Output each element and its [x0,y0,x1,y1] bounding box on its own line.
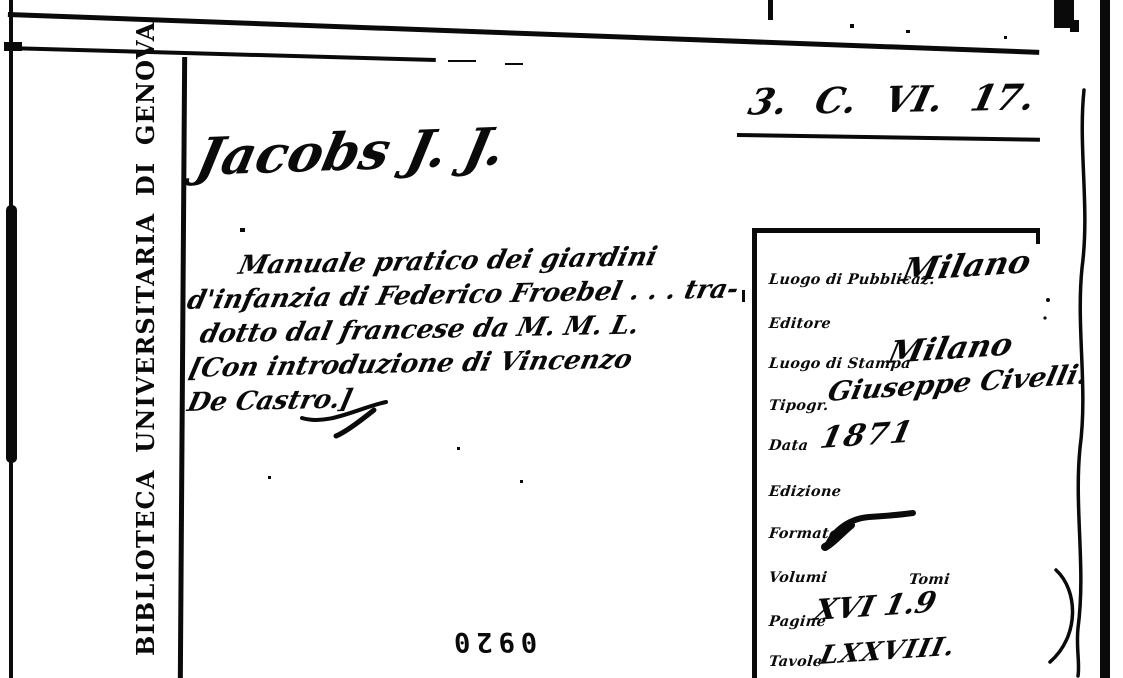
bibliographic-form-box: Luogo di Pubblicaz. Milano Editore Luogo… [752,228,1038,678]
stray-stroke [330,408,380,440]
field-label-data: Data [768,437,809,454]
shelfmark-underline [737,133,1040,142]
speck [906,30,910,33]
speck [457,447,460,450]
shelfmark: 3. C. VI. 17. [745,80,1038,121]
formato-flourish-mark [821,509,917,551]
speck [268,476,271,479]
speck [240,228,245,232]
field-label-editore: Editore [768,315,832,332]
top-rule-dash-2 [505,63,523,65]
top-rule-short [6,46,436,62]
inventory-stamp: 0920 [447,626,538,657]
speck [850,24,854,28]
top-right-blob-step [1070,20,1079,32]
left-scan-edge-rough [6,205,17,463]
library-name-vertical: BIBLIOTECA UNIVERSITARIA DI GENOVA [131,21,160,656]
paper-crease [1040,78,1110,678]
field-label-tipogr: Tipogr. [768,397,830,414]
field-value-luogo-pubblicaz: Milano [899,242,1034,289]
field-label-edizione: Edizione [768,483,842,500]
field-label-tavole: Tavole [768,653,823,670]
field-value-tavole: LXXVIII. [817,632,958,671]
speck [1004,36,1007,39]
catalog-card-scan: BIBLIOTECA UNIVERSITARIA DI GENOVA 3. C.… [0,0,1123,678]
field-value-data: 1871 [817,415,918,456]
author-heading: Jacobs J. J. [192,121,509,184]
speck [520,480,523,483]
title-block: Manuale pratico dei giardini d'infanzia … [182,239,785,422]
field-value-luogo-stampa: Milano [885,327,1016,371]
field-value-pagine: XVI 1.9 [811,585,940,627]
top-center-tick [768,0,773,20]
top-rule-long [8,12,1039,55]
field-label-volumi: Volumi [768,569,828,586]
top-rule-dash-1 [448,60,476,62]
top-left-blob [4,42,22,51]
